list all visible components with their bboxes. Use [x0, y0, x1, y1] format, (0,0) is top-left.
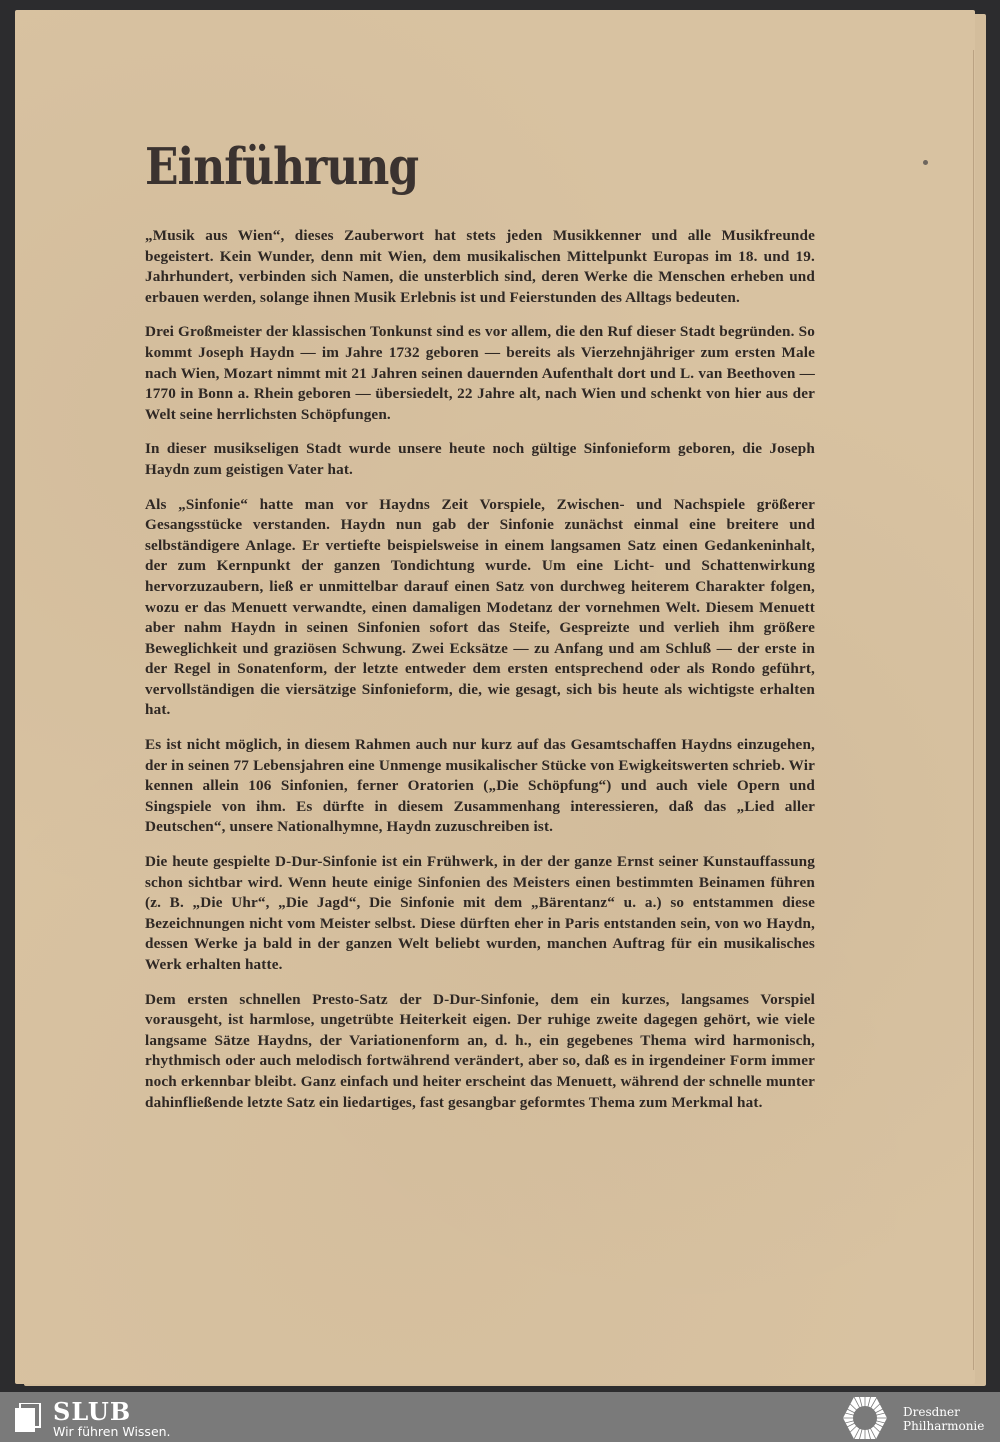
footer-bar: SLUB Wir führen Wissen. Dresdner Philhar… [0, 1392, 1000, 1442]
paragraph-7: Dem ersten schnellen Presto-Satz der D-D… [145, 990, 815, 1114]
page-title: Einführung [145, 138, 418, 197]
paragraph-2: Drei Großmeister der klassischen Tonkuns… [145, 322, 815, 425]
slub-tagline: Wir führen Wissen. [53, 1424, 171, 1439]
brand-line-1: Dresdner [903, 1405, 984, 1419]
brand-line-2: Philharmonie [903, 1419, 984, 1433]
dresdner-philharmonie-sunburst-icon[interactable] [841, 1395, 889, 1441]
document-body: „Musik aus Wien“, dieses Zauberwort hat … [145, 226, 815, 1127]
paragraph-6: Die heute gespielte D-Dur-Sinfonie ist e… [145, 852, 815, 976]
paragraph-4: Als „Sinfonie“ hatte man vor Haydns Zeit… [145, 495, 815, 722]
slub-book-icon[interactable] [14, 1403, 42, 1433]
paper-speck [923, 160, 928, 165]
dresdner-philharmonie-brand[interactable]: Dresdner Philharmonie [903, 1405, 984, 1433]
slub-brand[interactable]: SLUB [53, 1397, 131, 1426]
page-fold-line [973, 50, 974, 1370]
paragraph-5: Es ist nicht möglich, in diesem Rahmen a… [145, 735, 815, 838]
paragraph-1: „Musik aus Wien“, dieses Zauberwort hat … [145, 226, 815, 308]
paragraph-3: In dieser musikseligen Stadt wurde unser… [145, 439, 815, 480]
